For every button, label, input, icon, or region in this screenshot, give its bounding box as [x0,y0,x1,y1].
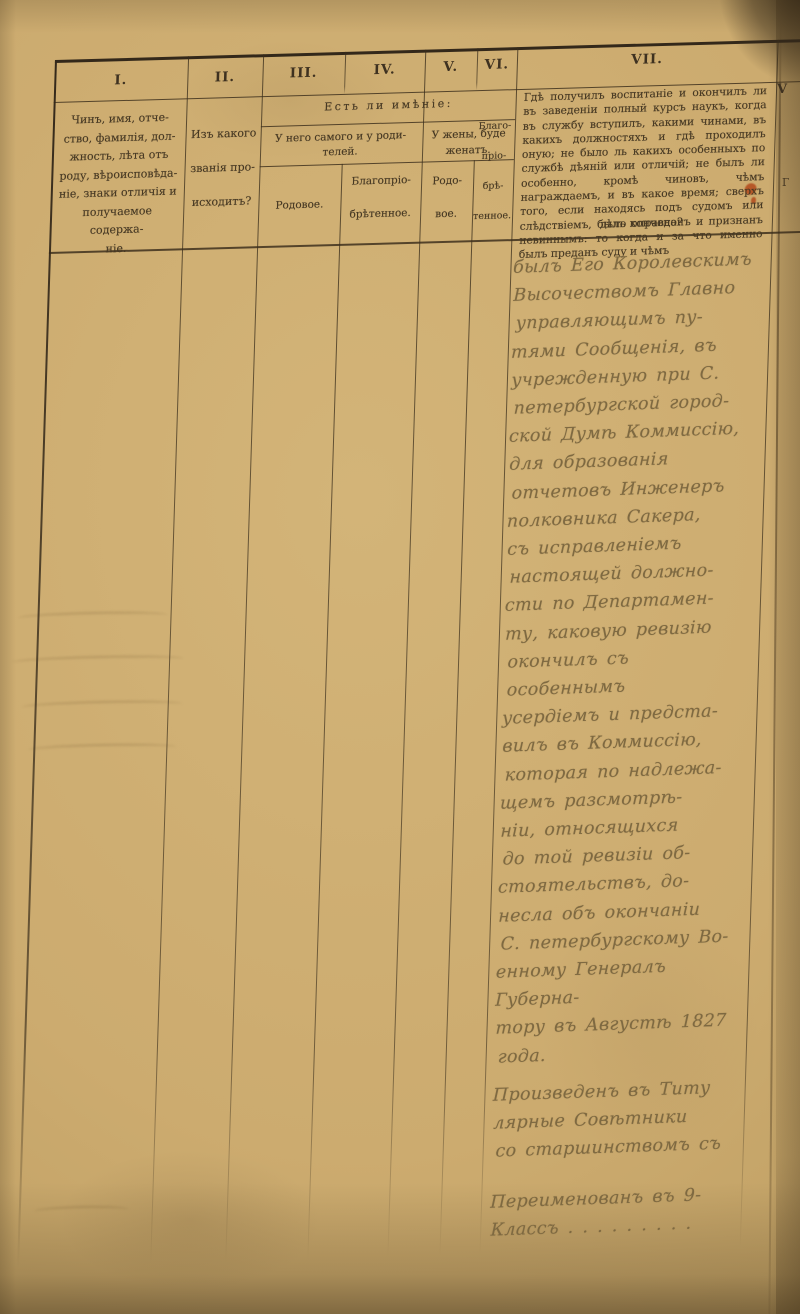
manuscript-line: енному Генералъ Губерна- [495,950,749,1015]
header-col2: Изъ какого званія про- исходитъ? [186,116,259,220]
manuscript-paragraph: Произведенъ въ Титулярные Совѣтникисо ст… [491,1073,745,1166]
column-number-iii: III. [262,64,345,82]
column-number-vi: VI. [477,56,518,73]
header-col7: Гдѣ получилъ воспитаніе и окончилъ ли въ… [519,84,768,262]
manuscript-line: окончилъ съ особеннымъ [506,640,756,705]
column-number-i: I. [54,70,188,90]
header-col1: Чинъ, имя, отче- ство, фамилія, дол- жно… [55,108,182,259]
column-number-ii: II. [187,68,263,86]
manuscript-paragraph: Переименованъ въ 9-Классъ . . . . . . . … [489,1179,743,1244]
record-table: I. II. III. IV. V. VI. VII. Чинъ, имя, о… [17,39,800,1272]
column-number-v: V. [425,58,478,75]
column-number-vii: VII. [517,48,778,71]
column-number-iv: IV. [344,61,425,79]
column-rule [439,160,475,1256]
manuscript-paragraph: былъ Его КоролевскимъВысочествомъ Главно… [493,245,765,1072]
header-col5: Родо- вое. [422,164,472,231]
header-own-group: У него самого и у роди- телей. [264,128,417,162]
header-col6: Благо- пріо- брѣ- тенное. [473,111,515,232]
manuscript-entry: былъ Его КоролевскимъВысочествомъ Главно… [489,245,765,1244]
column-rule [307,164,343,1260]
column-rule [225,54,264,1262]
header-col4: Благопріо- брѣтенное. [342,164,420,232]
header-col3: Родовое. [260,198,338,212]
archival-document-photo: V Г I. II. III. IV. V. VI. VII. Чинъ, им… [0,0,800,1314]
